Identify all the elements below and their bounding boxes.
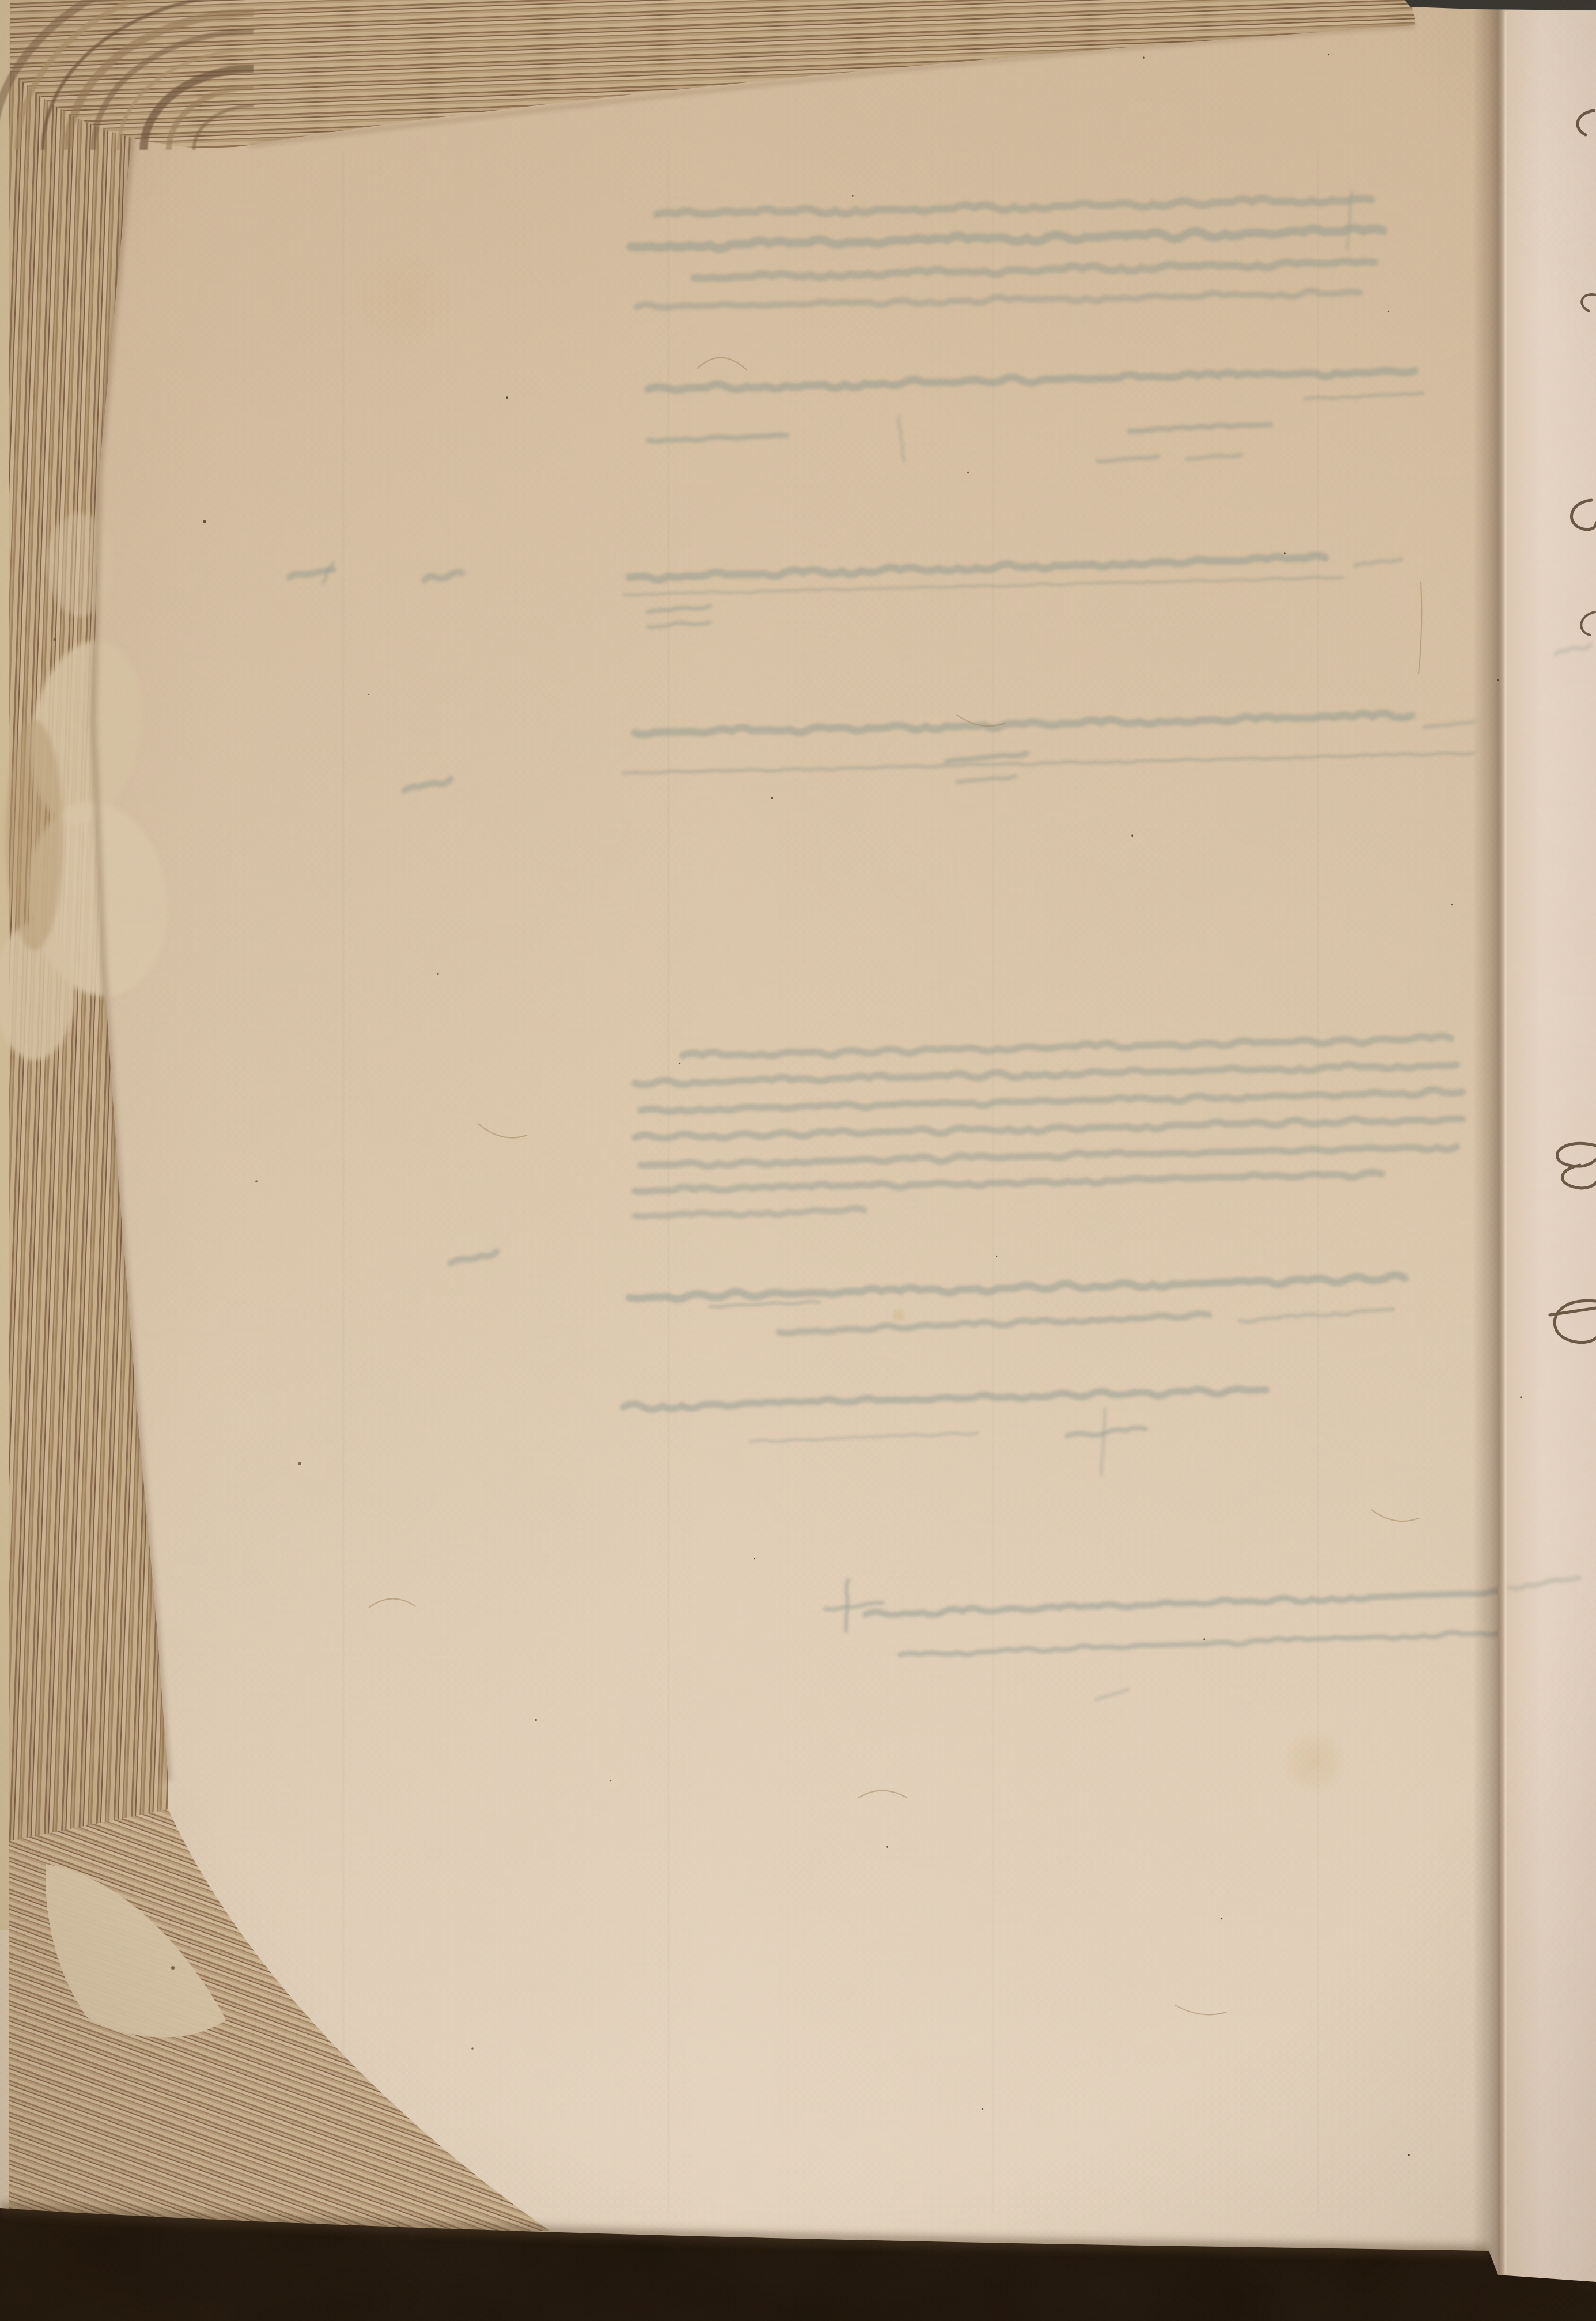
book-scan: Scan of an open early-modern manuscript …: [0, 0, 1596, 2321]
vignette: [0, 0, 1596, 2321]
scan-image: Scan of an open early-modern manuscript …: [0, 0, 1596, 2321]
